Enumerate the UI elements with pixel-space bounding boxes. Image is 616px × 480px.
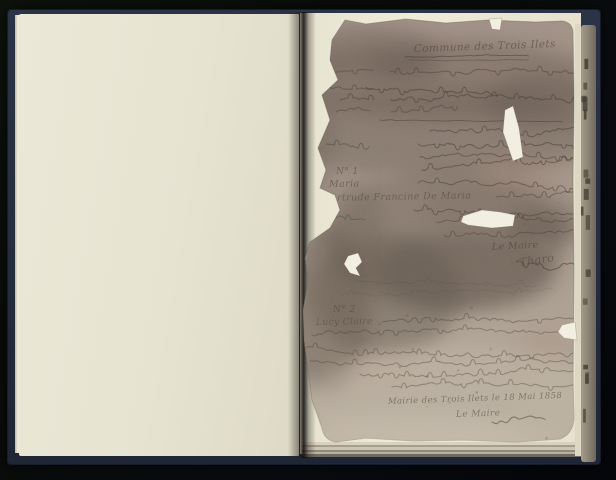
fore-edge-mark (586, 269, 591, 276)
speck (523, 223, 526, 226)
speck (430, 88, 432, 90)
speck (310, 415, 313, 418)
speck (405, 314, 408, 317)
fore-edge-mark (581, 207, 584, 216)
fore-edge-mark (584, 189, 589, 200)
left-blank-page (19, 14, 299, 456)
speck (561, 130, 563, 132)
handwriting-text: Maria (328, 178, 360, 190)
speck (489, 348, 491, 350)
speck (559, 202, 560, 203)
fore-edge-mark (585, 178, 590, 183)
fore-edge-mark (583, 409, 586, 423)
speck (412, 348, 414, 350)
fore-edge-mark (584, 59, 588, 69)
speck (386, 277, 388, 279)
fore-edge-mark (584, 170, 589, 178)
speck (426, 406, 427, 407)
speck (470, 306, 473, 309)
fore-edge-mark (583, 365, 588, 370)
fore-edge-mark (585, 372, 589, 383)
handwriting-text: Lucy Claire (315, 317, 373, 328)
fore-edge-mark (583, 97, 588, 111)
speck (511, 262, 514, 265)
handwriting-text: N° 1 (335, 167, 359, 177)
speck (457, 369, 459, 371)
speck (378, 323, 381, 326)
speck (332, 315, 334, 317)
speck (330, 235, 332, 237)
speck (449, 121, 451, 123)
manuscript-leaf-svg: Commune des Trois IletsN° 1MariaGertrude… (296, 10, 600, 470)
fore-edge-mark (583, 83, 587, 90)
fore-edge-mark (583, 298, 588, 304)
handwriting-text: N° 2 (332, 305, 356, 315)
fore-edge-mark (586, 215, 590, 230)
page-stack-fore-edge (581, 25, 596, 462)
speck (485, 283, 488, 286)
speck (545, 437, 548, 440)
fore-edge-cream-strip (575, 24, 581, 456)
handwriting-text: Le Maire (455, 408, 501, 420)
